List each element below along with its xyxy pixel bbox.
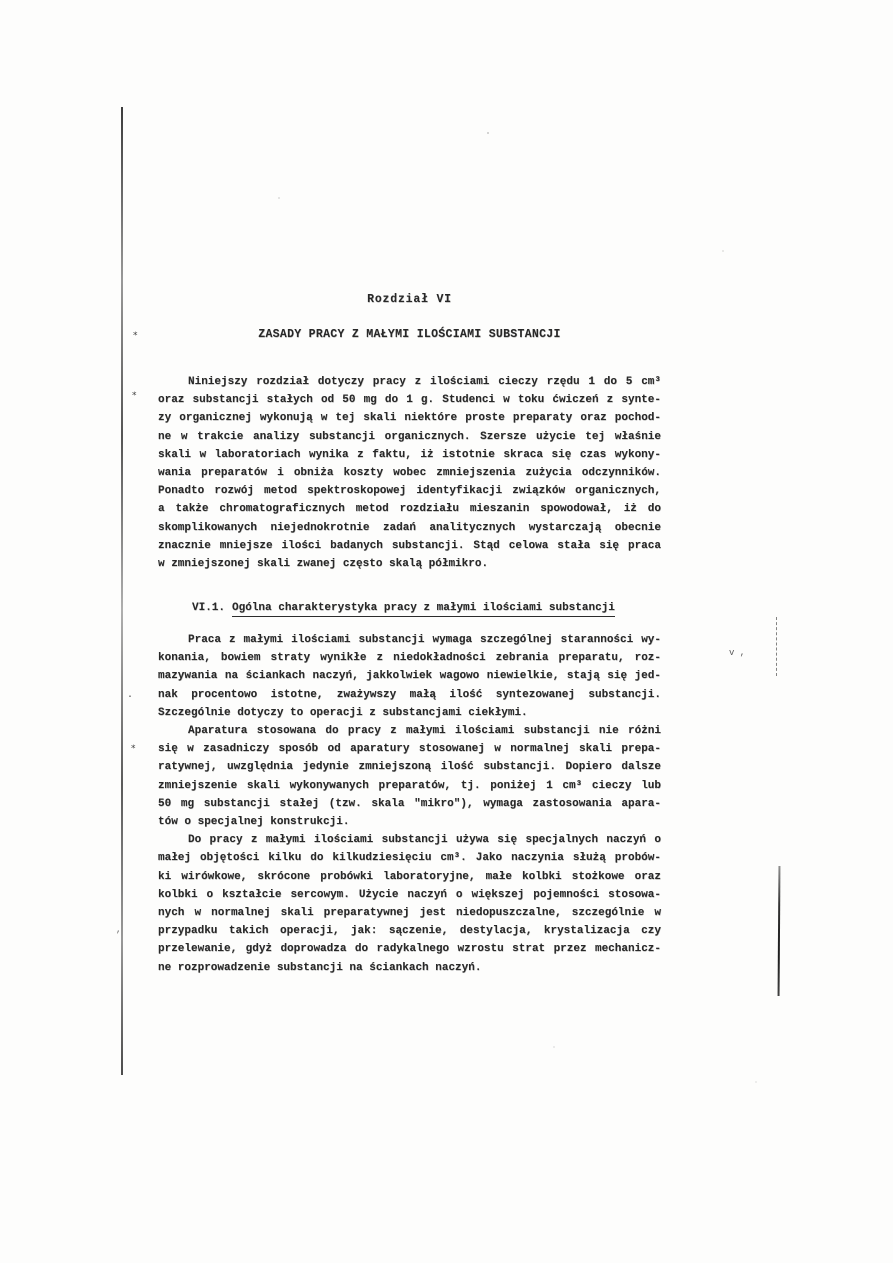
page-edge-line-right-faint [776,617,777,676]
text-line: kolbki o kształcie sercowym. Użycie nacz… [158,886,661,904]
scan-speck [722,250,724,252]
text-line: znacznie mniejsze ilości badanych substa… [158,537,661,555]
text-line: przelewanie, gdyż doprowadza do radykaln… [158,940,661,958]
paragraph-vessels: Do pracy z małymi ilościami substancji u… [158,831,661,977]
text-line: Aparatura stosowana do pracy z małymi il… [158,722,661,740]
chapter-heading: Rozdział VI [158,291,661,309]
text-line: wania preparatów i obniża koszty wobec z… [158,464,661,482]
text-line: w zmniejszonej skali zwanej często skalą… [158,555,661,573]
page-edge-line-right-dark [778,866,781,996]
text-line: ne w trakcie analizy substancji organicz… [158,428,661,446]
text-line: mazywania na ściankach naczyń, jakkolwie… [158,667,661,685]
text-line: oraz substancji stałych od 50 mg do 1 g.… [158,391,661,409]
scan-speck [755,1081,757,1083]
section-number: VI.1. [192,602,225,614]
paragraph-apparatus: Aparatura stosowana do pracy z małymi il… [158,722,661,831]
scan-speck [553,1046,555,1048]
margin-speck-mark: ⁎ [133,328,138,338]
paragraph-care: Praca z małymi ilościami substancji wyma… [158,631,661,722]
text-line: a także chromatograficznych metod rozdzi… [158,500,661,518]
margin-speck-mark: · [127,692,133,703]
margin-speck-mark: ⁎ [132,388,137,398]
text-line: tów o specjalnej konstrukcji. [158,813,661,831]
text-line: ne rozprowadzenie substancji na ściankac… [158,959,661,977]
scan-speck [278,197,280,199]
margin-speck-mark: , [116,925,121,935]
text-line: Niniejszy rozdział dotyczy pracy z ilośc… [158,373,661,391]
scan-speck [487,132,489,134]
text-line: Szczególnie dotyczy to operacji z substa… [158,704,661,722]
text-line: zmniejszenie skali wykonywanych preparat… [158,777,661,795]
text-line: ratywnej, uwzględnia jedynie zmniejszoną… [158,758,661,776]
text-line: konania, bowiem straty wynikłe z niedokł… [158,649,661,667]
text-line: 50 mg substancji stałej (tzw. skala "mik… [158,795,661,813]
text-line: małej objętości kilku do kilkudziesięciu… [158,849,661,867]
text-line: Ponadto rozwój metod spektroskopowej ide… [158,482,661,500]
text-line: skali w laboratoriach wynika z faktu, iż… [158,446,661,464]
text-line: zy organicznej wykonują w tej skali niek… [158,409,661,427]
text-line: Do pracy z małymi ilościami substancji u… [158,831,661,849]
text-line: przypadku takich operacji, jak: sączenie… [158,922,661,940]
right-margin-note: v , [729,648,745,658]
section-title: Ogólna charakterystyka pracy z małymi il… [232,602,615,617]
text-line: skomplikowanych niejednokrotnie zadań an… [158,519,661,537]
section-body: Praca z małymi ilościami substancji wyma… [158,631,661,977]
paragraph-intro: Niniejszy rozdział dotyczy pracy z ilośc… [158,373,661,573]
scanned-page: ⁎ ⁎ · ⁎ , v , Rozdział VI ZASADY PRACY Z… [0,0,893,1263]
page-title: ZASADY PRACY Z MAŁYMI ILOŚCIAMI SUBSTANC… [158,326,661,344]
text-line: nych w normalnej skali preparatywnej jes… [158,904,661,922]
section-heading: VI.1.Ogólna charakterystyka pracy z mały… [158,599,661,617]
margin-speck-mark: ⁎ [131,741,136,751]
text-line: się w zasadniczy sposób od aparatury sto… [158,740,661,758]
text-line: ki wirówkowe, skrócone probówki laborato… [158,868,661,886]
text-line: nak procentowo istotne, zważywszy małą i… [158,686,661,704]
text-line: Praca z małymi ilościami substancji wyma… [158,631,661,649]
